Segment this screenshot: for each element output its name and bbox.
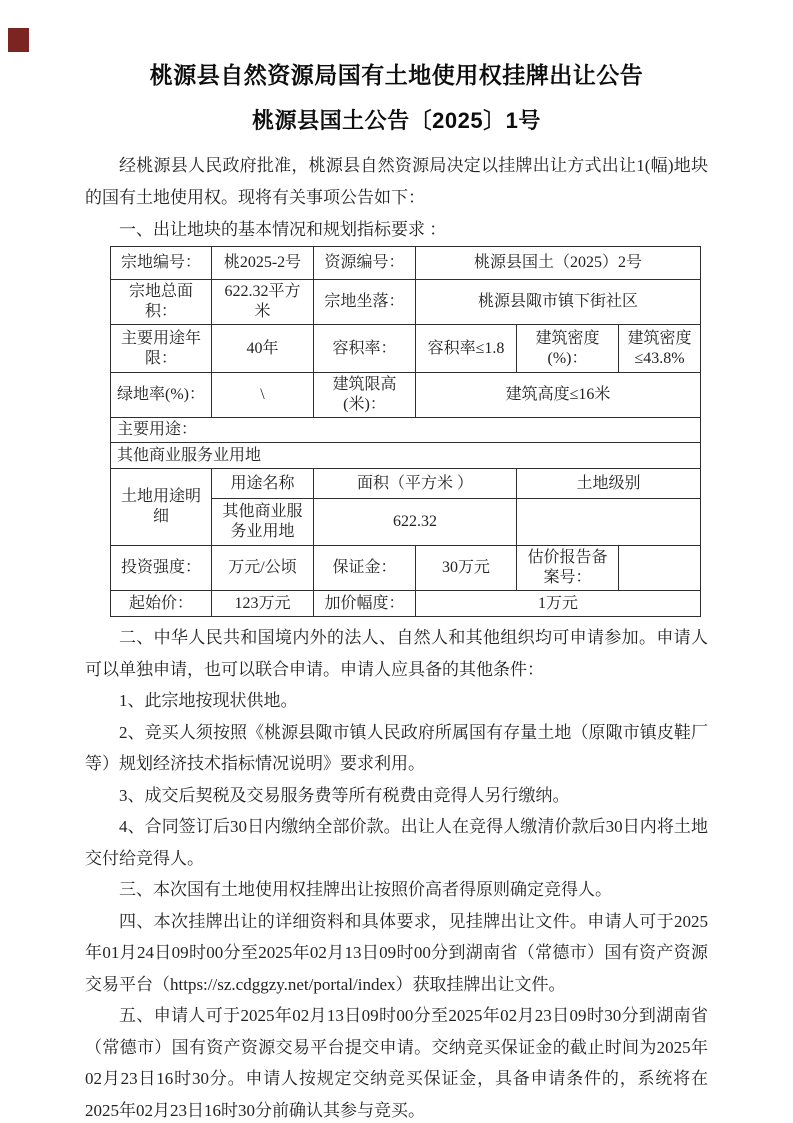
detail-col-level: 土地级别: [517, 469, 701, 499]
increment-value: 1万元: [416, 591, 701, 617]
table-row: 起始价： 123万元 加价幅度： 1万元: [111, 591, 701, 617]
use-term-value: 40年: [212, 325, 314, 373]
building-density-label: 建筑密度 (%)：: [517, 325, 619, 373]
appraisal-label: 估价报告备 案号：: [517, 546, 619, 591]
green-rate-label: 绿地率(%)：: [111, 373, 212, 418]
plot-ratio-value: 容积率≤1.8: [416, 325, 517, 373]
intro-paragraph: 经桃源县人民政府批准，桃源县自然资源局决定以挂牌出让方式出让1(幅)地块的国有土…: [85, 150, 708, 214]
table-row: 土地用途明 细 用途名称 面积（平方米 ） 土地级别: [111, 469, 701, 499]
deposit-label: 保证金：: [314, 546, 416, 591]
building-density-value: 建筑密度 ≤43.8%: [619, 325, 701, 373]
appraisal-value: [619, 546, 701, 591]
total-area-label: 宗地总面 积：: [111, 280, 212, 325]
detail-col-area: 面积（平方米 ）: [314, 469, 517, 499]
detail-row-name: 其他商业服 务业用地: [212, 499, 314, 546]
table-row: 主要用途：: [111, 418, 701, 443]
table-row: 主要用途年 限： 40年 容积率： 容积率≤1.8 建筑密度 (%)： 建筑密度…: [111, 325, 701, 373]
green-rate-value: \: [212, 373, 314, 418]
parcel-no-label: 宗地编号：: [111, 247, 212, 280]
increment-label: 加价幅度：: [314, 591, 416, 617]
detail-col-name: 用途名称: [212, 469, 314, 499]
parcel-no-value: 桃2025-2号: [212, 247, 314, 280]
start-price-label: 起始价：: [111, 591, 212, 617]
paragraph-section-3: 三、本次国有土地使用权挂牌出让按照价高者得原则确定竞得人。: [85, 874, 708, 906]
body-paragraphs: 二、中华人民共和国境内外的法人、自然人和其他组织均可申请参加。申请人可以单独申请…: [85, 622, 708, 1123]
document-content: 桃源县自然资源局国有土地使用权挂牌出让公告 桃源县国土公告〔2025〕1号 经桃…: [85, 0, 708, 1123]
main-use-label: 主要用途：: [111, 418, 701, 443]
paragraph-item-1: 1、此宗地按现状供地。: [85, 685, 708, 717]
investment-label: 投资强度：: [111, 546, 212, 591]
detail-row-area: 622.32: [314, 499, 517, 546]
paragraph-item-4: 4、合同签订后30日内缴纳全部价款。出让人在竞得人缴清价款后30日内将土地交付给…: [85, 811, 708, 874]
paragraph-section-2: 二、中华人民共和国境内外的法人、自然人和其他组织均可申请参加。申请人可以单独申请…: [85, 622, 708, 685]
total-area-value: 622.32平方 米: [212, 280, 314, 325]
height-limit-value: 建筑高度≤16米: [416, 373, 701, 418]
detail-row-level: [517, 499, 701, 546]
document-page: 桃源县自然资源局国有土地使用权挂牌出让公告 桃源县国土公告〔2025〕1号 经桃…: [0, 0, 793, 1123]
resource-no-label: 资源编号：: [314, 247, 416, 280]
use-term-label: 主要用途年 限：: [111, 325, 212, 373]
land-info-table: 宗地编号： 桃2025-2号 资源编号： 桃源县国土（2025）2号 宗地总面 …: [110, 246, 701, 617]
corner-red-mark: [8, 28, 29, 52]
table-row: 其他商业服务业用地: [111, 443, 701, 469]
table-row: 宗地总面 积： 622.32平方 米 宗地坐落： 桃源县陬市镇下街社区: [111, 280, 701, 325]
main-use-value: 其他商业服务业用地: [111, 443, 701, 469]
paragraph-item-3: 3、成交后契税及交易服务费等所有税费由竞得人另行缴纳。: [85, 780, 708, 812]
resource-no-value: 桃源县国土（2025）2号: [416, 247, 701, 280]
doc-subtitle: 桃源县国土公告〔2025〕1号: [85, 106, 708, 136]
section-1-heading: 一、出让地块的基本情况和规划指标要求 ：: [85, 214, 708, 246]
table-row: 投资强度： 万元/公顷 保证金： 30万元 估价报告备 案号：: [111, 546, 701, 591]
height-limit-label: 建筑限高 (米)：: [314, 373, 416, 418]
doc-title: 桃源县自然资源局国有土地使用权挂牌出让公告: [85, 60, 708, 90]
investment-value: 万元/公顷: [212, 546, 314, 591]
land-use-detail-label: 土地用途明 细: [111, 469, 212, 546]
plot-ratio-label: 容积率：: [314, 325, 416, 373]
paragraph-section-4: 四、本次挂牌出让的详细资料和具体要求，见挂牌出让文件。申请人可于2025年01月…: [85, 906, 708, 1001]
paragraph-item-2: 2、竞买人须按照《桃源县陬市镇人民政府所属国有存量土地（原陬市镇皮鞋厂等）规划经…: [85, 717, 708, 780]
table-row: 宗地编号： 桃2025-2号 资源编号： 桃源县国土（2025）2号: [111, 247, 701, 280]
location-value: 桃源县陬市镇下街社区: [416, 280, 701, 325]
location-label: 宗地坐落：: [314, 280, 416, 325]
deposit-value: 30万元: [416, 546, 517, 591]
start-price-value: 123万元: [212, 591, 314, 617]
table-row: 绿地率(%)： \ 建筑限高 (米)： 建筑高度≤16米: [111, 373, 701, 418]
paragraph-section-5: 五、申请人可于2025年02月13日09时00分至2025年02月23日09时3…: [85, 1000, 708, 1123]
